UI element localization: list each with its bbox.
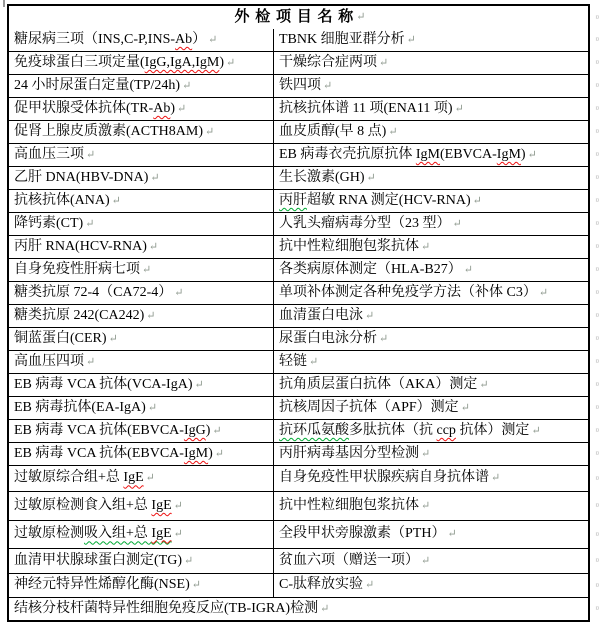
paragraph-mark: ↵ [215, 449, 224, 460]
text-run: 结核分枝杆菌特异性细胞免疫反应(TB-IGRA)检测 [14, 601, 318, 617]
table-row: 高血压四项↵轻链↵¤ [9, 350, 588, 373]
text-run: EB 病毒 VCA 抗体(EBVCA- [14, 423, 184, 439]
table-row: 过敏原综合组+总 IgE↵自身免疫性甲状腺疾病自身抗体谱↵¤ [9, 465, 588, 491]
paragraph-mark: ↵ [85, 219, 94, 230]
text-run: 过敏原综合组+总 [14, 470, 123, 486]
paragraph-mark: ↵ [177, 104, 186, 115]
table-corner-tick [3, 0, 5, 7]
text-run: 促肾上腺皮质激素(ACTH8AM) [14, 124, 203, 140]
test-item-cell-left[interactable]: 促甲状腺受体抗体(TR-Ab)↵ [9, 98, 274, 120]
text-run: 抗核抗体(ANA) [14, 193, 110, 209]
table-title-cell[interactable]: 外 检 项 目 名 称↵ [9, 6, 588, 29]
test-item-cell-left[interactable]: 24 小时尿蛋白定量(TP/24h)↵ [9, 75, 274, 97]
paragraph-mark: ↵ [407, 35, 416, 46]
paragraph-mark: ↵ [149, 242, 158, 253]
row-end-mark: ¤ [596, 531, 600, 538]
row-end-mark: ¤ [596, 428, 600, 435]
text-run: C-肽释放实验 [279, 577, 363, 593]
text-run: EB 病毒抗体(EA-IgA) [14, 400, 146, 416]
test-item-cell-left[interactable]: EB 病毒 VCA 抗体(EBVCA-IgG)↵ [9, 420, 274, 442]
test-item-cell-left[interactable]: 免疫球蛋白三项定量(IgG,IgA,IgM)↵ [9, 52, 274, 74]
test-item-cell-right[interactable]: 单项补体测定各种免疫学方法（补体 C3）↵ [274, 282, 588, 304]
text-run: EB 病毒 VCA 抗体(EBVCA- [14, 446, 184, 462]
text-run: 过敏原检测 [14, 526, 84, 542]
text-run: 促甲状腺受体抗体(TR- [14, 101, 153, 117]
paragraph-mark: ↵ [421, 501, 430, 512]
paragraph-mark: ↵ [455, 104, 464, 115]
text-run: 自身免疫性肝病七项 [14, 262, 140, 278]
paragraph-mark: ↵ [479, 380, 488, 391]
table-row: 自身免疫性肝病七项↵各类病原体测定（HLA-B27）↵¤ [9, 258, 588, 281]
text-run: 轻链 [279, 354, 307, 370]
text-run: 多肽抗体（抗 [349, 423, 437, 439]
text-run: IgG,IgA,IgM [145, 55, 220, 71]
table-row: EB 病毒 VCA 抗体(EBVCA-IgG)↵抗环瓜氨酸多肽抗体（抗 ccp … [9, 419, 588, 442]
row-end-mark: ¤ [596, 503, 600, 510]
text-run: IgM [184, 446, 208, 462]
row-end-mark: ¤ [596, 405, 600, 412]
text-run: 抗核周因子抗体（APF）测定 [279, 400, 459, 416]
test-item-cell-right[interactable]: 各类病原体测定（HLA-B27）↵ [274, 259, 588, 281]
table-body: 糖尿病三项（INS,C-P,INS-Ab）↵TBNK 细胞亚群分析↵¤免疫球蛋白… [9, 29, 588, 620]
paragraph-mark: ↵ [174, 288, 183, 299]
test-item-cell-right[interactable]: 抗核周因子抗体（APF）测定↵ [274, 397, 588, 419]
test-item-cell-left[interactable]: 过敏原检测食入组+总 IgE↵ [9, 492, 274, 520]
paragraph-mark: ↵ [473, 196, 482, 207]
table-footer-row: 结核分枝杆菌特异性细胞免疫反应(TB-IGRA)检测↵¤ [9, 597, 588, 620]
paragraph-mark: ↵ [379, 58, 388, 69]
row-end-mark: ¤ [596, 37, 600, 44]
table-row: 促肾上腺皮质激素(ACTH8AM)↵血皮质醇(早 8 点)↵¤ [9, 120, 588, 143]
test-item-cell-right[interactable]: 生长激素(GH)↵ [274, 167, 588, 189]
test-item-cell-right[interactable]: 铁四项↵ [274, 75, 588, 97]
text-run: 免疫球蛋白三项定量( [14, 55, 145, 71]
paragraph-mark: ↵ [184, 556, 193, 567]
text-run: IgM [416, 147, 440, 163]
text-run: 贫血六项（赠送一项） [279, 553, 419, 569]
text-run: 超敏 RNA 测定(HCV-RNA) [307, 193, 471, 209]
paragraph-mark: ↵ [174, 529, 183, 540]
table-row: 铜蓝蛋白(CER)↵尿蛋白电泳分析↵¤ [9, 327, 588, 350]
text-run: 抗体）测定 [456, 423, 530, 439]
table-row: 神经元特异性烯醇化酶(NSE)↵C-肽释放实验↵¤ [9, 573, 588, 597]
test-item-cell-left[interactable]: EB 病毒抗体(EA-IgA)↵ [9, 397, 274, 419]
text-run: 丙肝 RNA(HCV-RNA) [14, 239, 147, 255]
row-end-mark: ¤ [596, 582, 600, 589]
table-row: 降钙素(CT)↵人乳头瘤病毒分型（23 型）↵¤ [9, 212, 588, 235]
table-row: 乙肝 DNA(HBV-DNA)↵生长激素(GH)↵¤ [9, 166, 588, 189]
text-run: 丙肝病毒基因分型检测 [279, 446, 419, 462]
page-title: 外 检 项 目 名 称 [235, 9, 355, 26]
test-item-cell-left[interactable]: 血清甲状腺球蛋白测定(TG)↵ [9, 549, 274, 573]
text-run: ccp [437, 423, 456, 439]
text-run: TBNK 细胞亚群分析 [279, 32, 405, 48]
row-end-mark: ¤ [596, 606, 600, 613]
test-item-cell-left[interactable]: 糖类抗原 242(CA242)↵ [9, 305, 274, 327]
text-run: IgE [151, 526, 171, 542]
paragraph-mark: ↵ [150, 173, 159, 184]
text-run: 抗核抗体谱 11 项(ENA11 项) [279, 101, 453, 117]
text-run: Ab [175, 32, 192, 48]
text-run: IgM [497, 147, 521, 163]
paragraph-mark: ↵ [112, 196, 121, 207]
test-item-cell-left[interactable]: 高血压四项↵ [9, 351, 274, 373]
table-row: 过敏原检测食入组+总 IgE↵抗中性粒细胞包浆抗体↵¤ [9, 491, 588, 520]
text-run: 神经元特异性烯醇化酶(NSE) [14, 577, 190, 593]
test-item-cell-left[interactable]: 高血压三项↵ [9, 144, 274, 166]
test-item-cell-right[interactable]: 贫血六项（赠送一项）↵ [274, 549, 588, 573]
table-row: EB 病毒抗体(EA-IgA)↵抗核周因子抗体（APF）测定↵¤ [9, 396, 588, 419]
test-item-cell-right[interactable]: 轻链↵ [274, 351, 588, 373]
paragraph-mark: ↵ [453, 219, 462, 230]
paragraph-mark: ↵ [146, 473, 155, 484]
test-item-cell-right[interactable]: 人乳头瘤病毒分型（23 型）↵ [274, 213, 588, 235]
word-document-page: { "title": { "text": "外 检 项 目 名 称" }, "m… [0, 0, 606, 626]
row-end-mark: ¤ [596, 83, 600, 90]
table-row: EB 病毒 VCA 抗体(VCA-IgA)↵抗角质层蛋白抗体（AKA）测定↵¤ [9, 373, 588, 396]
text-run: IgG [184, 423, 206, 439]
text-run: 血清甲状腺球蛋白测定(TG) [14, 553, 182, 569]
paragraph-mark: ↵ [367, 173, 376, 184]
table-row: 高血压三项↵EB 病毒衣壳抗原抗体 IgM(EBVCA-IgM)↵¤ [9, 143, 588, 166]
table-title-row: 外 检 项 目 名 称↵ ¤ [9, 6, 588, 29]
text-run: 单项补体测定各种免疫学方法（补体 C3） [279, 285, 537, 301]
test-item-cell-left[interactable]: 自身免疫性肝病七项↵ [9, 259, 274, 281]
row-end-mark: ¤ [596, 221, 600, 228]
paragraph-mark: ↵ [421, 449, 430, 460]
row-end-mark: ¤ [596, 129, 600, 136]
paragraph-mark: ↵ [148, 403, 157, 414]
text-run: ) [219, 55, 224, 71]
text-run: IgE [123, 470, 143, 486]
row-end-mark: ¤ [596, 290, 600, 297]
row-end-mark: ¤ [596, 475, 600, 482]
text-run: 抗角质层蛋白抗体（AKA）测定 [279, 377, 477, 393]
text-run: ) [208, 446, 213, 462]
text-run: 丙肝 [279, 193, 307, 209]
text-run: ) [206, 423, 211, 439]
test-item-cell-full[interactable]: 结核分枝杆菌特异性细胞免疫反应(TB-IGRA)检测↵ [9, 598, 588, 620]
test-item-cell-left[interactable]: 促肾上腺皮质激素(ACTH8AM)↵ [9, 121, 274, 143]
test-item-cell-right[interactable]: 丙肝超敏 RNA 测定(HCV-RNA)↵ [274, 190, 588, 212]
test-item-cell-right[interactable]: 抗角质层蛋白抗体（AKA）测定↵ [274, 374, 588, 396]
table-row: 24 小时尿蛋白定量(TP/24h)↵铁四项↵¤ [9, 74, 588, 97]
table-row: 丙肝 RNA(HCV-RNA)↵抗中性粒细胞包浆抗体↵¤ [9, 235, 588, 258]
paragraph-mark: ↵ [531, 426, 540, 437]
text-run: 生长激素(GH) [279, 170, 365, 186]
test-item-cell-right[interactable]: EB 病毒衣壳抗原抗体 IgM(EBVCA-IgM)↵ [274, 144, 588, 166]
test-item-cell-right[interactable]: 干燥综合症两项↵ [274, 52, 588, 74]
test-item-cell-right[interactable]: 抗核抗体谱 11 项(ENA11 项)↵ [274, 98, 588, 120]
text-run: 降钙素(CT) [14, 216, 83, 232]
table-row: 免疫球蛋白三项定量(IgG,IgA,IgM)↵干燥综合症两项↵¤ [9, 51, 588, 74]
row-end-mark: ¤ [596, 175, 600, 182]
text-run: 高血压三项 [14, 147, 84, 163]
paragraph-mark: ↵ [309, 357, 318, 368]
test-item-cell-right[interactable]: 尿蛋白电泳分析↵ [274, 328, 588, 350]
row-end-mark: ¤ [596, 106, 600, 113]
text-run: 抗中性粒细胞包浆抗体 [279, 239, 419, 255]
text-run: 过敏原检测食入组+总 [14, 498, 151, 514]
test-item-cell-right[interactable]: 丙肝病毒基因分型检测↵ [274, 443, 588, 465]
paragraph-mark: ↵ [464, 265, 473, 276]
table-row: 血清甲状腺球蛋白测定(TG)↵贫血六项（赠送一项）↵¤ [9, 548, 588, 573]
paragraph-mark: ↵ [356, 12, 365, 23]
text-run: 人乳头瘤病毒分型（23 型） [279, 216, 451, 232]
table-row: 糖尿病三项（INS,C-P,INS-Ab）↵TBNK 细胞亚群分析↵¤ [9, 29, 588, 51]
text-run: 各类病原体测定（HLA-B27） [279, 262, 462, 278]
text-run: EB 病毒衣壳抗原抗体 [279, 147, 416, 163]
text-run: EB 病毒 VCA 抗体(VCA-IgA) [14, 377, 193, 393]
paragraph-mark: ↵ [388, 127, 397, 138]
test-item-cell-right[interactable]: 抗中性粒细胞包浆抗体↵ [274, 236, 588, 258]
table-row: EB 病毒 VCA 抗体(EBVCA-IgM)↵丙肝病毒基因分型检测↵¤ [9, 442, 588, 465]
paragraph-mark: ↵ [365, 311, 374, 322]
row-end-mark: ¤ [596, 359, 600, 366]
paragraph-mark: ↵ [421, 556, 430, 567]
paragraph-mark: ↵ [109, 334, 118, 345]
test-item-cell-right[interactable]: C-肽释放实验↵ [274, 574, 588, 597]
text-run: Ab [153, 101, 170, 117]
text-run: 抗环瓜氨酸 [279, 423, 349, 439]
text-run: 尿蛋白电泳分析 [279, 331, 377, 347]
paragraph-mark: ↵ [146, 311, 155, 322]
paragraph-mark: ↵ [226, 58, 235, 69]
text-run: (EBVCA- [440, 147, 497, 163]
test-item-cell-left[interactable]: 神经元特异性烯醇化酶(NSE)↵ [9, 574, 274, 597]
test-item-cell-right[interactable]: 自身免疫性甲状腺疾病自身抗体谱↵ [274, 466, 588, 491]
paragraph-mark: ↵ [86, 150, 95, 161]
row-end-mark: ¤ [596, 313, 600, 320]
row-end-mark: ¤ [596, 14, 600, 21]
text-run: 血清蛋白电泳 [279, 308, 363, 324]
test-item-cell-left[interactable]: 过敏原检测吸入组+总 IgE↵ [9, 521, 274, 548]
test-item-cell-right[interactable]: 抗环瓜氨酸多肽抗体（抗 ccp 抗体）测定↵ [274, 420, 588, 442]
paragraph-mark: ↵ [182, 81, 191, 92]
paragraph-mark: ↵ [205, 127, 214, 138]
table-row: 过敏原检测吸入组+总 IgE↵全段甲状旁腺激素（PTH）↵¤ [9, 520, 588, 548]
test-item-cell-left[interactable]: 抗核抗体(ANA)↵ [9, 190, 274, 212]
text-run: IgE [151, 498, 171, 514]
table-row: 糖类抗原 242(CA242)↵血清蛋白电泳↵¤ [9, 304, 588, 327]
row-end-mark: ¤ [596, 382, 600, 389]
paragraph-mark: ↵ [323, 81, 332, 92]
text-run: 铁四项 [279, 78, 321, 94]
text-run: IgE [151, 526, 171, 541]
test-item-cell-left[interactable]: 降钙素(CT)↵ [9, 213, 274, 235]
test-item-cell-left[interactable]: EB 病毒 VCA 抗体(EBVCA-IgM)↵ [9, 443, 274, 465]
text-run: 糖尿病三项（INS,C-P,INS- [14, 32, 175, 48]
paragraph-mark: ↵ [86, 357, 95, 368]
test-items-table: 外 检 项 目 名 称↵ ¤ 糖尿病三项（INS,C-P,INS-Ab）↵TBN… [7, 4, 590, 622]
text-run: 高血压四项 [14, 354, 84, 370]
paragraph-mark: ↵ [447, 529, 456, 540]
paragraph-mark: ↵ [421, 242, 430, 253]
paragraph-mark: ↵ [491, 473, 500, 484]
text-run: 自身免疫性甲状腺疾病自身抗体谱 [279, 470, 489, 486]
text-run: 吸入组+总 [84, 526, 151, 542]
paragraph-mark: ↵ [539, 288, 548, 299]
text-run: 铜蓝蛋白(CER) [14, 331, 107, 347]
paragraph-mark: ↵ [461, 403, 470, 414]
paragraph-mark: ↵ [528, 150, 537, 161]
text-run: ) [521, 147, 526, 163]
test-item-cell-right[interactable]: 抗中性粒细胞包浆抗体↵ [274, 492, 588, 520]
table-row: 糖类抗原 72-4（CA72-4）↵单项补体测定各种免疫学方法（补体 C3）↵¤ [9, 281, 588, 304]
row-end-mark: ¤ [596, 244, 600, 251]
row-end-mark: ¤ [596, 198, 600, 205]
text-run: 糖类抗原 242(CA242) [14, 308, 144, 324]
test-item-cell-left[interactable]: 糖类抗原 72-4（CA72-4）↵ [9, 282, 274, 304]
text-run: 血皮质醇(早 8 点) [279, 124, 386, 140]
test-item-cell-right[interactable]: 全段甲状旁腺激素（PTH）↵ [274, 521, 588, 548]
row-end-mark: ¤ [596, 152, 600, 159]
text-run: ） [192, 32, 206, 48]
test-item-cell-left[interactable]: 乙肝 DNA(HBV-DNA)↵ [9, 167, 274, 189]
table-row: 抗核抗体(ANA)↵丙肝超敏 RNA 测定(HCV-RNA)↵¤ [9, 189, 588, 212]
text-run: 乙肝 DNA(HBV-DNA) [14, 170, 148, 186]
row-end-mark: ¤ [596, 60, 600, 67]
paragraph-mark: ↵ [320, 604, 329, 615]
paragraph-mark: ↵ [192, 580, 201, 591]
paragraph-mark: ↵ [208, 35, 217, 46]
test-item-cell-left[interactable]: 铜蓝蛋白(CER)↵ [9, 328, 274, 350]
paragraph-mark: ↵ [174, 501, 183, 512]
test-item-cell-right[interactable]: 血皮质醇(早 8 点)↵ [274, 121, 588, 143]
text-run: 抗中性粒细胞包浆抗体 [279, 498, 419, 514]
test-item-cell-left[interactable]: 过敏原综合组+总 IgE↵ [9, 466, 274, 491]
test-item-cell-left[interactable]: EB 病毒 VCA 抗体(VCA-IgA)↵ [9, 374, 274, 396]
text-run: 干燥综合症两项 [279, 55, 377, 71]
row-end-mark: ¤ [596, 336, 600, 343]
test-item-cell-right[interactable]: TBNK 细胞亚群分析↵ [274, 29, 588, 51]
row-end-mark: ¤ [596, 451, 600, 458]
table-row: 促甲状腺受体抗体(TR-Ab)↵抗核抗体谱 11 项(ENA11 项)↵¤ [9, 97, 588, 120]
paragraph-mark: ↵ [212, 426, 221, 437]
test-item-cell-left[interactable]: 丙肝 RNA(HCV-RNA)↵ [9, 236, 274, 258]
text-run: 全段甲状旁腺激素（PTH） [279, 526, 445, 542]
paragraph-mark: ↵ [379, 334, 388, 345]
paragraph-mark: ↵ [142, 265, 151, 276]
text-run: 糖类抗原 72-4（CA72-4） [14, 285, 172, 301]
row-end-mark: ¤ [596, 267, 600, 274]
row-end-mark: ¤ [596, 558, 600, 565]
paragraph-mark: ↵ [195, 380, 204, 391]
test-item-cell-left[interactable]: 糖尿病三项（INS,C-P,INS-Ab）↵ [9, 29, 274, 51]
text-run: 24 小时尿蛋白定量(TP/24h) [14, 78, 180, 94]
paragraph-mark: ↵ [365, 580, 374, 591]
test-item-cell-right[interactable]: 血清蛋白电泳↵ [274, 305, 588, 327]
text-run: ) [170, 101, 175, 117]
